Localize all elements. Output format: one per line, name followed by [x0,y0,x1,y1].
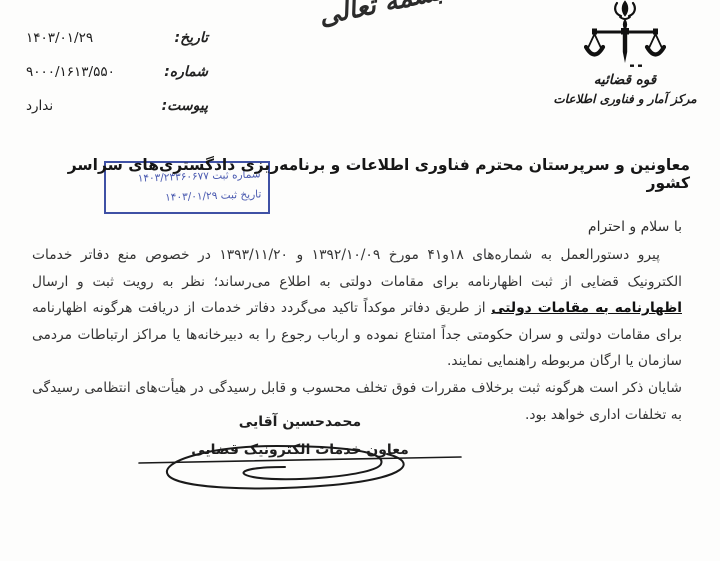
number-label: شماره: [164,64,208,80]
salutation: با سلام و احترام [588,219,682,235]
date-value: ۱۴۰۳/۰۱/۲۹ [26,30,93,46]
org-name-center: مرکز آمار و فناوری اطلاعات [545,92,705,106]
date-label: تاریخ: [175,30,208,46]
date-row: تاریخ: ۱۴۰۳/۰۱/۲۹ [26,30,208,64]
letter-body: پیرو دستورالعمل به شماره‌های ۱۸و۴۱ مورخ … [32,242,682,428]
signer-name: محمدحسین آقایی [135,414,465,430]
signature-block: محمدحسین آقایی معاون خدمات الکترونیک قضا… [135,414,465,458]
body-bold-phrase: اظهارنامه به مقامات دولتی [491,300,682,316]
letter-meta-block: تاریخ: ۱۴۰۳/۰۱/۲۹ شماره: ۹۰۰۰/۱۶۱۳/۵۵۰ پ… [26,30,208,132]
attachment-label: پیوست: [162,98,208,114]
body-text-before-bold: پیرو دستورالعمل به شماره‌های ۱۸و۴۱ مورخ … [32,247,682,290]
addressee-line: معاونین و سرپرستان محترم فناوری اطلاعات … [28,156,690,192]
scales-of-justice-icon [545,0,705,70]
attachment-value: ندارد [26,98,53,114]
signer-title: معاون خدمات الکترونیک قضایی [191,442,409,458]
number-row: شماره: ۹۰۰۰/۱۶۱۳/۵۵۰ [26,64,208,98]
bismillah-calligraphy: بسمه تعالی [316,0,445,32]
attachment-row: پیوست: ندارد [26,98,208,132]
org-name-judiciary: قوه قضائیه [545,72,705,88]
scanned-letter-page: تاریخ: ۱۴۰۳/۰۱/۲۹ شماره: ۹۰۰۰/۱۶۱۳/۵۵۰ پ… [0,0,720,561]
number-value: ۹۰۰۰/۱۶۱۳/۵۵۰ [26,64,115,80]
body-paragraph-1: پیرو دستورالعمل به شماره‌های ۱۸و۴۱ مورخ … [32,242,682,375]
letterhead-org-block: قوه قضائیه مرکز آمار و فناوری اطلاعات [545,0,705,106]
